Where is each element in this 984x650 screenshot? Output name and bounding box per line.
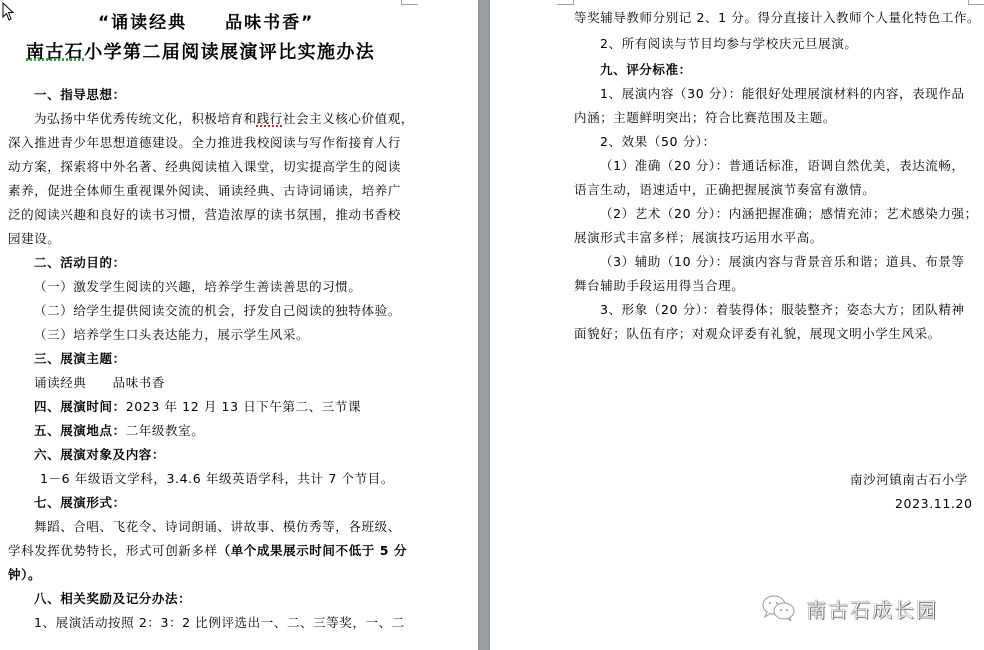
list-item: （二）给学生提供阅读交流的机会，抒发自己阅读的独特体验。 — [34, 303, 401, 319]
paragraph-line: 语言生动，语速适中，正确把握展演节奏富有激情。 — [574, 182, 875, 198]
page-gutter — [478, 0, 490, 650]
form-text: 学科发挥优势特长，形式可创新多样 — [8, 543, 218, 558]
page-corner-mark — [968, 0, 984, 5]
section-heading-purpose: 二、活动目的： — [34, 255, 126, 271]
participants-text: 1－6 年级语文学科，3.4.6 年级英语学科，共计 7 个节目。 — [40, 471, 394, 487]
time-value: 2023 年 12 月 13 日下午第二、三节课 — [126, 399, 361, 414]
section-heading-guiding-thought: 一、指导思想： — [34, 87, 126, 103]
paragraph-line: （3）辅助（10 分）：展演内容与背景音乐和谐；道具、布景等 — [600, 254, 965, 270]
list-item: （三）培养学生口头表达能力，展示学生风采。 — [34, 327, 309, 343]
list-item: （一）激发学生阅读的兴趣，培养学生善读善思的习惯。 — [34, 279, 362, 295]
watermark-text: 南古石成长园 — [806, 594, 938, 623]
wechat-icon — [760, 593, 800, 623]
grammar-check-underline — [26, 58, 86, 61]
paragraph-line: 学科发挥优势特长，形式可创新多样（单个成果展示时间不低于 5 分 — [8, 543, 407, 559]
section-heading-scoring: 九、评分标准： — [600, 62, 692, 78]
paragraph-line: 钟）。 — [8, 567, 41, 583]
page-corner-mark — [401, 0, 418, 5]
paragraph-line: 为弘扬中华优秀传统文化，积极培育和践行社会主义核心价值观， — [34, 111, 414, 127]
paragraph-line: 1、展演活动按照 2：3：2 比例评选出一、二、三等奖，一、二 — [34, 615, 405, 631]
paragraph-line: 3、形象（20 分）：着装得体；服装整齐；姿态大方；团队精神 — [600, 302, 965, 318]
signature-date: 2023.11.20 — [895, 496, 973, 512]
paragraph-line: 素养，促进全体师生重视课外阅读、诵读经典、古诗词诵读，培养广 — [8, 183, 401, 199]
signature-organization: 南沙河镇南古石小学 — [850, 472, 968, 488]
theme-text: 诵读经典 品味书香 — [34, 375, 165, 391]
paragraph-line: 1、展演内容（30 分）：能很好处理展演材料的内容，表现作品 — [600, 86, 965, 102]
paragraph-line: 舞蹈、合唱、飞花令、诗词朗诵、讲故事、模仿秀等，各班级、 — [34, 519, 401, 535]
document-page-right[interactable]: 等奖辅导教师分别记 2、1 分。得分直接计入教师个人量化特色工作。 2、所有阅读… — [490, 0, 984, 650]
paragraph-line: 园建设。 — [8, 231, 60, 247]
section-heading-rewards: 八、相关奖励及记分办法： — [34, 591, 191, 607]
location-value: 二年级教室。 — [126, 423, 205, 438]
mouse-cursor-icon — [2, 2, 16, 22]
paragraph-line: 舞台辅助手段运用得当合理。 — [574, 278, 744, 294]
section-time: 四、展演时间：2023 年 12 月 13 日下午第二、三节课 — [34, 399, 361, 415]
section-heading-participants: 六、展演对象及内容： — [34, 447, 165, 463]
paragraph-line: 展演形式丰富多样；展演技巧运用水平高。 — [574, 230, 823, 246]
paragraph-line: （2）艺术（20 分）：内涵把握准确；感情充沛；艺术感染力强； — [600, 206, 978, 222]
form-time-requirement: （单个成果展示时间不低于 5 分 — [218, 543, 408, 558]
paragraph-line: 2、所有阅读与节目均参与学校庆元旦展演。 — [600, 36, 857, 52]
document-title-slogan: “诵读经典 品味书香” — [98, 8, 314, 33]
section-location: 五、展演地点：二年级教室。 — [34, 423, 204, 439]
section-heading-theme: 三、展演主题： — [34, 351, 126, 367]
document-page-left[interactable]: “诵读经典 品味书香” 南古石小学第二届阅读展演评比实施办法 一、指导思想： 为… — [0, 0, 478, 650]
paragraph-line: 深入推进青少年思想道德建设。全力推进我校阅读与写作衔接育人行 — [8, 135, 401, 151]
section-heading-time: 四、展演时间： — [34, 399, 126, 414]
paragraph-line: 面貌好；队伍有序；对观众评委有礼貌，展现文明小学生风采。 — [574, 326, 941, 342]
section-heading-location: 五、展演地点： — [34, 423, 126, 438]
wechat-watermark: 南古石成长园 — [760, 593, 938, 623]
paragraph-line: 等奖辅导教师分别记 2、1 分。得分直接计入教师个人量化特色工作。 — [574, 10, 980, 26]
section-heading-form: 七、展演形式： — [34, 495, 126, 511]
page-corner-mark — [557, 0, 574, 5]
paragraph-line: 内涵；主题鲜明突出；符合比赛范围及主题。 — [574, 110, 836, 126]
paragraph-line: （1）准确（20 分）：普通话标准，语调自然优美，表达流畅， — [600, 158, 965, 174]
paragraph-line: 泛的阅读兴趣和良好的读书习惯，营造浓厚的读书氛围，推动书香校 — [8, 207, 401, 223]
paragraph-line: 动方案，探索将中外名著、经典阅读植入课堂，切实提高学生的阅读 — [8, 159, 401, 175]
paragraph-line: 2、效果（50 分）： — [600, 134, 716, 150]
